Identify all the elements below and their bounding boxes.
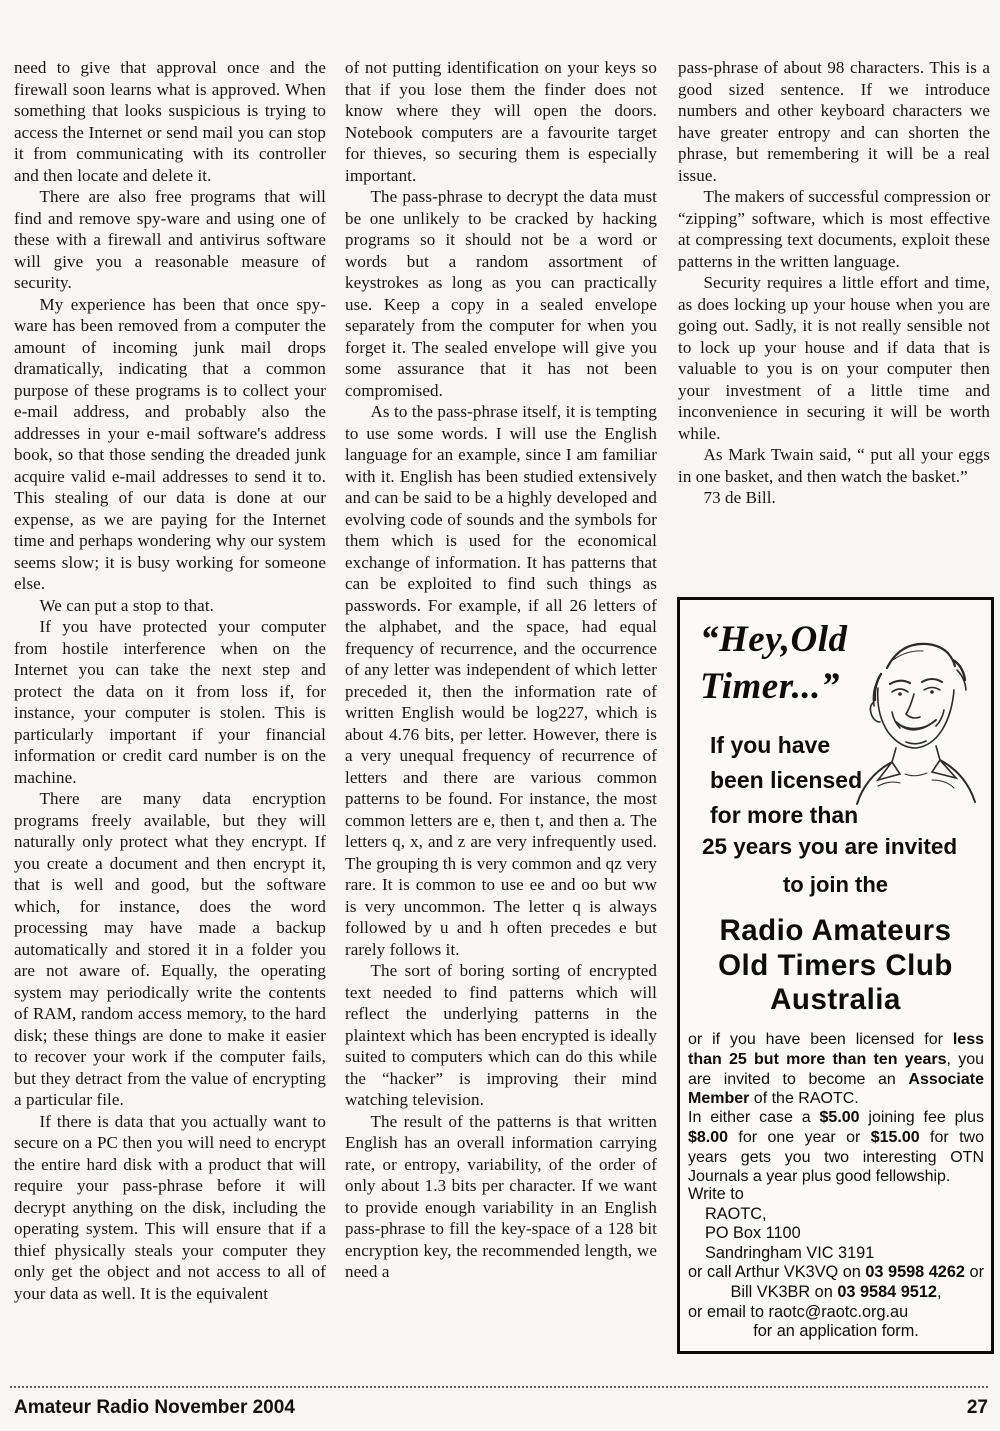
ad-club-name-line: Old Timers Club bbox=[680, 949, 991, 984]
paragraph: We can put a stop to that. bbox=[14, 595, 326, 617]
article-column-3: pass-phrase of about 98 characters. This… bbox=[678, 57, 990, 509]
footer-divider bbox=[10, 1386, 990, 1388]
footer-journal-title: Amateur Radio November 2004 bbox=[14, 1397, 295, 1419]
ad-associate-paragraph: or if you have been licensed for less th… bbox=[688, 1030, 984, 1109]
ad-join-line: to join the bbox=[680, 872, 991, 898]
ad-contact-block: Write to RAOTC, PO Box 1100 Sandringham … bbox=[688, 1185, 984, 1342]
paragraph: There are also free programs that will f… bbox=[14, 186, 326, 294]
magazine-page: need to give that approval once and the … bbox=[0, 0, 1000, 1431]
raotc-ad-box: “Hey,Old Timer...” bbox=[677, 597, 994, 1354]
paragraph: The result of the patterns is that writt… bbox=[345, 1111, 657, 1283]
paragraph: My experience has been that once spy-war… bbox=[14, 294, 326, 595]
ad-address-line: RAOTC, bbox=[688, 1205, 984, 1225]
ad-fees-paragraph: In either case a $5.00 joining fee plus … bbox=[688, 1108, 984, 1187]
ad-write-to: Write to bbox=[688, 1185, 984, 1205]
page-footer: Amateur Radio November 2004 27 bbox=[14, 1397, 988, 1419]
paragraph: The makers of successful compression or … bbox=[678, 186, 990, 272]
ad-invite-line: been licensed bbox=[710, 763, 862, 798]
paragraph: As to the pass-phrase itself, it is temp… bbox=[345, 401, 657, 960]
ad-application-line: for an application form. bbox=[688, 1322, 984, 1342]
article-column-2: of not putting identification on your ke… bbox=[345, 57, 657, 1283]
ad-phone-line: Bill VK3BR on 03 9584 9512, bbox=[688, 1283, 984, 1303]
old-timer-portrait-illustration bbox=[847, 628, 985, 808]
paragraph: The sort of boring sorting of encrypted … bbox=[345, 960, 657, 1111]
paragraph: The pass-phrase to decrypt the data must… bbox=[345, 186, 657, 401]
ad-club-name-line: Australia bbox=[680, 983, 991, 1018]
paragraph: If there is data that you actually want … bbox=[14, 1111, 326, 1305]
paragraph: If you have protected your computer from… bbox=[14, 616, 326, 788]
ad-invite-lines: If you have been licensed for more than bbox=[710, 728, 862, 833]
ad-invite-line: for more than bbox=[710, 798, 862, 833]
paragraph: There are many data encryption programs … bbox=[14, 788, 326, 1111]
paragraph: pass-phrase of about 98 characters. This… bbox=[678, 57, 990, 186]
ad-phone-line: or call Arthur VK3VQ on 03 9598 4262 or bbox=[688, 1263, 984, 1283]
article-column-1: need to give that approval once and the … bbox=[14, 57, 326, 1304]
ad-headline-line: Timer...” bbox=[700, 663, 848, 710]
paragraph: As Mark Twain said, “ put all your eggs … bbox=[678, 444, 990, 487]
footer-page-number: 27 bbox=[967, 1397, 988, 1419]
ad-address-line: PO Box 1100 bbox=[688, 1224, 984, 1244]
ad-headline: “Hey,Old Timer...” bbox=[700, 616, 848, 710]
paragraph: Security requires a little effort and ti… bbox=[678, 272, 990, 444]
ad-club-name: Radio Amateurs Old Timers Club Australia bbox=[680, 914, 991, 1018]
paragraph: need to give that approval once and the … bbox=[14, 57, 326, 186]
ad-invite-wide-line: 25 years you are invited bbox=[702, 834, 986, 860]
paragraph: of not putting identification on your ke… bbox=[345, 57, 657, 186]
ad-email-line: or email to raotc@raotc.org.au bbox=[688, 1303, 984, 1323]
paragraph: 73 de Bill. bbox=[678, 487, 990, 509]
ad-invite-line: If you have bbox=[710, 728, 862, 763]
ad-club-name-line: Radio Amateurs bbox=[680, 914, 991, 949]
ad-headline-line: “Hey,Old bbox=[700, 616, 848, 663]
ad-address-line: Sandringham VIC 3191 bbox=[688, 1244, 984, 1264]
